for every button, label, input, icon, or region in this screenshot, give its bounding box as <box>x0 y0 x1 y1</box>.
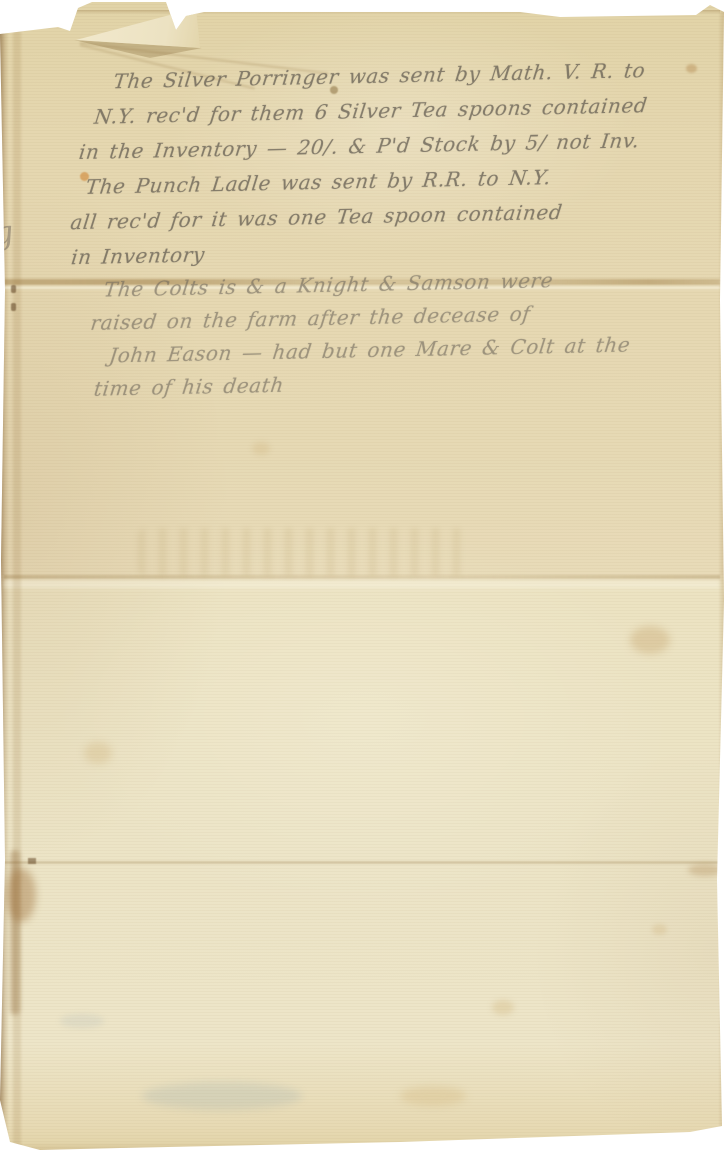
foxing-stain <box>252 442 270 455</box>
paper-edge-top <box>60 10 720 14</box>
handwriting-line: in Inventory <box>70 242 206 269</box>
handwriting-line: in the Inventory — 20/. & P'd Stock by 5… <box>78 128 641 164</box>
fold-crease-middle-highlight <box>4 580 720 588</box>
handwriting-line: John Eason — had but one Mare & Colt at … <box>108 332 632 367</box>
fold-ink-speck <box>11 303 16 311</box>
paper-edge-bottom <box>0 1142 728 1158</box>
watermark-showthrough <box>138 528 472 576</box>
foxing-stain <box>492 1000 514 1015</box>
showthrough-smudge <box>142 1082 302 1110</box>
handwriting-line: all rec'd for it was one Tea spoon conta… <box>69 200 564 234</box>
foxing-stain <box>652 924 667 935</box>
paper-edge-left <box>0 20 9 1155</box>
paper-sheet: The Silver Porringer was sent by Math. V… <box>0 0 728 1160</box>
showthrough-smudge <box>60 1014 104 1028</box>
handwriting-line: The Punch Ladle was sent by R.R. to N.Y. <box>84 165 552 199</box>
fold-ink-speck <box>11 285 16 293</box>
fox-spot <box>686 64 697 73</box>
document-scan: The Silver Porringer was sent by Math. V… <box>0 0 728 1160</box>
handwriting-line: time of his death <box>93 373 286 401</box>
crease-nick <box>28 858 36 864</box>
handwriting-block: The Silver Porringer was sent by Math. V… <box>0 0 728 8</box>
paper-edge-right <box>718 8 726 1133</box>
handwriting-line: N.Y. rec'd for them 6 Silver Tea spoons … <box>93 93 649 129</box>
foxing-stain <box>84 742 112 764</box>
foxing-stain <box>630 626 670 654</box>
handwriting-line: raised on the farm after the decease of <box>89 302 532 335</box>
crease-smudge <box>688 864 722 876</box>
foxing-stain <box>400 1086 466 1106</box>
vertical-fold-stain <box>10 850 20 1015</box>
handwriting-line: The Silver Porringer was sent by Math. V… <box>112 58 647 93</box>
fold-crease-lower <box>4 861 720 864</box>
handwriting-line: The Colts is & a Knight & Samson were <box>103 268 555 301</box>
